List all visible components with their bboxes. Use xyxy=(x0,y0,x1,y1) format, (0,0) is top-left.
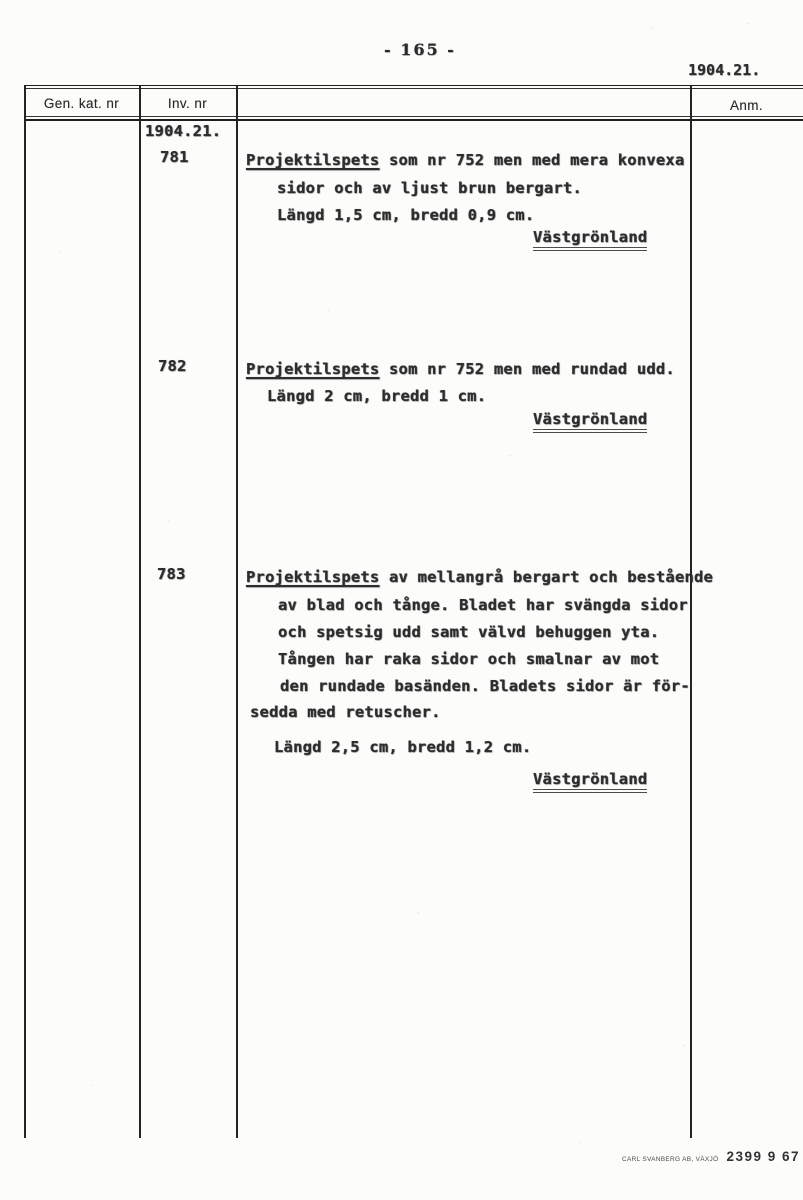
entry-782-line-1: Projektilspets som nr 752 men med rundad… xyxy=(246,360,675,378)
scan-speckles xyxy=(0,0,1,1)
entry-781-line-2: sidor och av ljust brun bergart. xyxy=(277,179,582,197)
entry-783-line-5: den rundade basänden. Bladets sidor är f… xyxy=(280,677,690,695)
entry-782-lead-word: Projektilspets xyxy=(246,360,379,378)
header-bottom-border-outer xyxy=(24,119,803,121)
table-left-border xyxy=(24,85,26,1138)
entry-782-line-1-rest: som nr 752 men med rundad udd. xyxy=(389,360,675,378)
printer-imprint: CARL SVANBERG AB, VÄXJÖ 2399 9 67 xyxy=(645,1149,800,1164)
entry-781-inv-nr: 781 xyxy=(160,148,189,166)
entry-782-inv-nr: 782 xyxy=(158,357,187,375)
entry-781-line-1-rest: som nr 752 men med mera konvexa xyxy=(389,151,685,169)
group-label: 1904.21. xyxy=(145,122,221,140)
entry-783-measurement: Längd 2,5 cm, bredd 1,2 cm. xyxy=(274,738,531,756)
entry-783-line-3: och spetsig udd samt välvd behuggen yta. xyxy=(278,623,659,641)
header-bottom-border-inner xyxy=(24,116,803,117)
catalog-ref-top: 1904.21. xyxy=(688,61,760,79)
entry-783-line-6: sedda med retuscher. xyxy=(250,703,441,721)
entry-783-line-1: Projektilspets av mellangrå bergart och … xyxy=(246,568,713,586)
page-number: - 165 - xyxy=(384,40,456,59)
entry-783-inv-nr: 783 xyxy=(157,565,186,583)
entry-781-measurement: Längd 1,5 cm, bredd 0,9 cm. xyxy=(277,206,534,224)
entry-781-lead-word: Projektilspets xyxy=(246,151,379,169)
column-divider-inv-main xyxy=(236,85,238,1138)
entry-781-line-1: Projektilspets som nr 752 men med mera k… xyxy=(246,151,685,169)
entry-783-line-1-rest: av mellangrå bergart och bestående xyxy=(389,568,713,586)
table-top-border-inner xyxy=(24,88,803,89)
column-divider-gen-inv xyxy=(139,85,141,1138)
col-header-gen-kat-nr: Gen. kat. nr xyxy=(24,96,139,111)
entry-783-lead-word: Projektilspets xyxy=(246,568,379,586)
entry-783-line-2: av blad och tånge. Bladet har svängda si… xyxy=(278,596,688,614)
entry-782-measurement: Längd 2 cm, bredd 1 cm. xyxy=(267,387,486,405)
entry-783-line-4: Tången har raka sidor och smalnar av mot xyxy=(278,650,659,668)
scanned-catalog-page: - 165 - 1904.21. Gen. kat. nr Inv. nr An… xyxy=(0,0,803,1200)
table-top-border-outer xyxy=(24,85,803,86)
printer-name: CARL SVANBERG AB, VÄXJÖ xyxy=(622,1156,718,1163)
column-divider-main-anm xyxy=(690,85,692,1138)
col-header-anm: Anm. xyxy=(690,98,803,113)
entry-783-provenance: Västgrönland xyxy=(533,770,647,788)
printer-code: 2399 9 67 xyxy=(726,1149,800,1164)
col-header-inv-nr: Inv. nr xyxy=(139,96,236,111)
entry-782-provenance: Västgrönland xyxy=(533,410,647,428)
entry-781-provenance: Västgrönland xyxy=(533,228,647,246)
